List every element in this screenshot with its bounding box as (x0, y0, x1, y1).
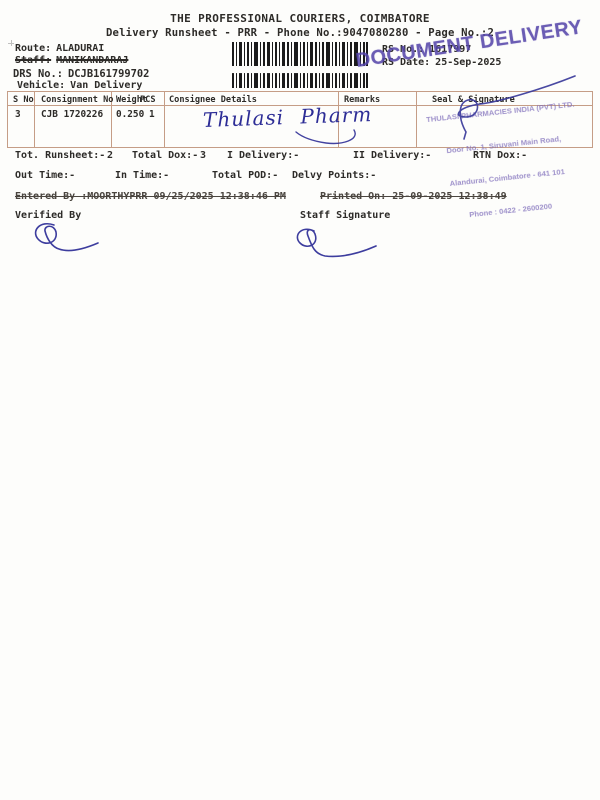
staff-label: Staff: (15, 55, 51, 66)
total-runsheet-label: Tot. Runsheet:- (15, 150, 105, 161)
table-column-divider (34, 92, 35, 147)
header-consignee: Consignee Details (169, 95, 257, 105)
drs-value: DCJB161799702 (68, 68, 149, 80)
drs-line: DRS No.:DCJB161799702 (13, 68, 149, 80)
i-delivery-label: I Delivery:- (227, 150, 299, 161)
total-pod-label: Total POD:- (212, 170, 278, 181)
verified-by-signature (24, 219, 114, 257)
out-time-label: Out Time:- (15, 170, 75, 181)
route-line: Route:ALADURAI (15, 43, 104, 54)
route-value: ALADURAI (56, 43, 104, 54)
cell-weight: 0.250 (116, 109, 144, 120)
header-s-no: S No (13, 95, 34, 105)
total-dox-label: Total Dox:- (132, 150, 198, 161)
header-consignment-no: Consignment No (41, 95, 113, 105)
staff-signature-mark (288, 223, 398, 261)
delivery-runsheet-document: THE PROFESSIONAL COURIERS, COIMBATORE De… (0, 0, 600, 800)
runsheet-barcode (232, 42, 368, 88)
staff-signature-label: Staff Signature (300, 210, 390, 221)
drs-label: DRS No.: (13, 68, 63, 80)
printed-on-line: Printed On: 25-09-2025 12:38:49 (320, 191, 507, 202)
staff-line: Staff:MANIKANDARAJ (15, 55, 128, 66)
header-pcs: PCS (140, 95, 156, 105)
route-label: Route: (15, 43, 51, 54)
entered-by-line: Entered By :MOORTHYPRR 09/25/2025 12:38:… (15, 191, 286, 202)
cell-consignment-no: CJB 1720226 (41, 109, 103, 120)
delvy-points-label: Delvy Points:- (292, 170, 376, 181)
total-runsheet-value: 2 (107, 150, 113, 161)
cell-pcs: 1 (149, 109, 155, 120)
vehicle-label: Vehicle: (17, 80, 65, 91)
seal-signature-scribble (428, 58, 600, 153)
handwriting-flourish (290, 126, 370, 151)
vehicle-line: Vehicle:Van Delivery (17, 80, 142, 91)
document-title: THE PROFESSIONAL COURIERS, COIMBATORE (0, 12, 600, 25)
ii-delivery-label: II Delivery:- (353, 150, 431, 161)
scan-artifact-mark (8, 40, 14, 46)
rtn-dox-label: RTN Dox:- (473, 150, 527, 161)
in-time-label: In Time:- (115, 170, 169, 181)
cell-s-no: 3 (15, 109, 21, 120)
table-column-divider (164, 92, 165, 147)
vehicle-value: Van Delivery (70, 80, 142, 91)
seal-line-3: Alandurai, Coimbatore - 641 101 (407, 162, 600, 194)
total-dox-value: 3 (200, 150, 206, 161)
staff-value: MANIKANDARAJ (56, 55, 128, 66)
